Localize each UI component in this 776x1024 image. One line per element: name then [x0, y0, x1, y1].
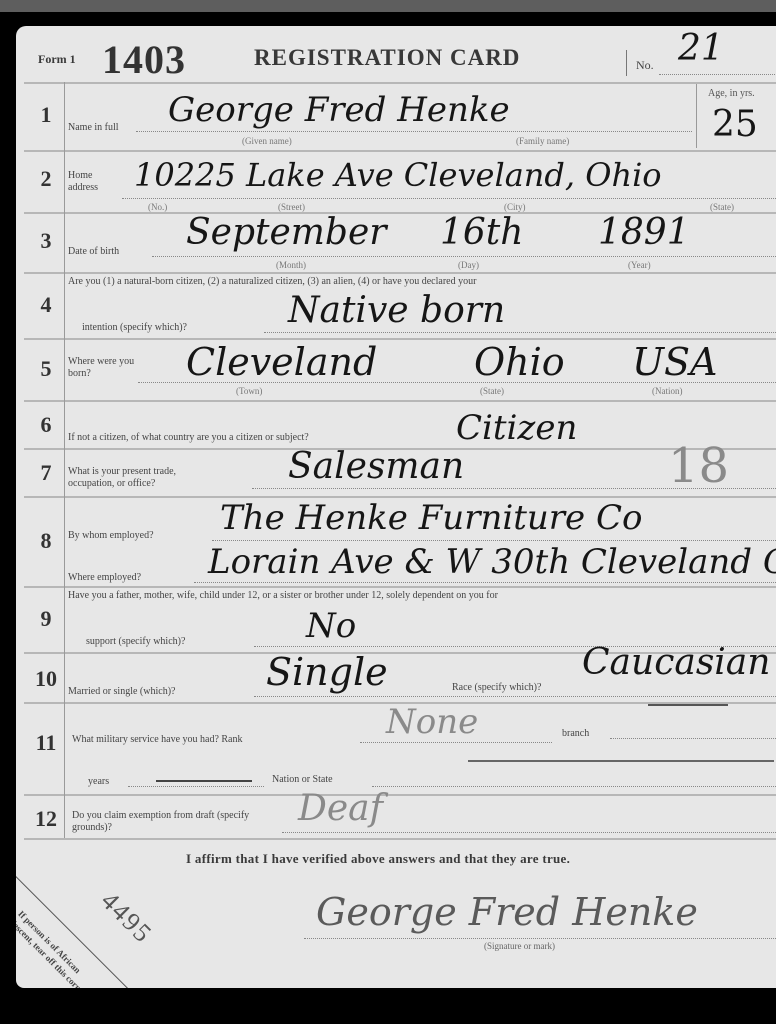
- fill-line: [372, 786, 776, 787]
- nation-label: Nation or State: [272, 774, 333, 786]
- handwritten-birth-day: 16th: [440, 212, 523, 253]
- divider: [24, 272, 776, 274]
- viewer-top-bar: [0, 0, 776, 12]
- signature: George Fred Henke: [316, 890, 698, 934]
- card-number-value: 21: [678, 28, 724, 69]
- row-number: 1: [32, 102, 60, 128]
- field-sublabel: (Day): [458, 260, 479, 270]
- fill-line: [360, 742, 552, 743]
- no-label: No.: [636, 58, 654, 73]
- handwritten-birth-state: Ohio: [474, 340, 565, 384]
- handwritten-exemption: Deaf: [298, 788, 383, 829]
- branch-label: branch: [562, 728, 589, 740]
- age-label: Age, in yrs.: [708, 88, 755, 99]
- fill-line: [152, 256, 776, 257]
- divider: [24, 150, 776, 152]
- handwritten-age: 25: [712, 104, 758, 145]
- handwritten-address: 10225 Lake Ave Cleveland, Ohio: [134, 156, 662, 194]
- divider: [24, 586, 776, 588]
- fill-line: [254, 696, 776, 697]
- row-number: 3: [32, 228, 60, 254]
- handwritten-marital-status: Single: [266, 650, 388, 694]
- field-label: Date of birth: [68, 246, 119, 258]
- field-sublabel: (Street): [278, 202, 305, 212]
- handwritten-occupation: Salesman: [288, 446, 464, 487]
- field-sublabel: (State): [710, 202, 734, 212]
- divider: [24, 82, 776, 84]
- fill-line: [194, 582, 776, 583]
- fill-line: [264, 332, 776, 333]
- field-sublabel: (Year): [628, 260, 651, 270]
- years-label: years: [88, 776, 109, 788]
- field-label: support (specify which)?: [86, 636, 185, 648]
- row-number: 4: [32, 292, 60, 318]
- field-sublabel: (City): [504, 202, 526, 212]
- handwritten-employment-location: Lorain Ave & W 30th Cleveland O: [208, 542, 776, 582]
- signature-sublabel: (Signature or mark): [484, 941, 555, 951]
- signature-line: [304, 938, 776, 939]
- field-label: Name in full: [68, 122, 119, 134]
- field-label: Married or single (which)?: [68, 686, 175, 698]
- fill-line: [122, 198, 776, 199]
- field-sublabel: (Nation): [652, 386, 683, 396]
- divider: [24, 794, 776, 796]
- handwritten-annotation: 18: [668, 438, 729, 494]
- registration-card: Form 1 1403 REGISTRATION CARD No. 21 1 N…: [16, 26, 776, 988]
- serial-number: 4495: [95, 886, 159, 950]
- form-label: Form 1: [38, 52, 76, 67]
- fill-line: [610, 738, 776, 739]
- row-number: 5: [32, 356, 60, 382]
- strike-line: [156, 780, 252, 782]
- field-label: Where were you born?: [68, 356, 158, 380]
- field-sublabel: (No.): [148, 202, 167, 212]
- number-column-divider: [64, 82, 65, 838]
- divider: [696, 84, 697, 148]
- field-sublabel: (Town): [236, 386, 262, 396]
- field-label: Do you claim exemption from draft (speci…: [72, 810, 272, 834]
- field-label: Are you (1) a natural-born citizen, (2) …: [68, 276, 476, 288]
- handwritten-birth-town: Cleveland: [186, 340, 377, 384]
- row-number: 7: [32, 460, 60, 486]
- fill-line: [136, 131, 692, 132]
- row-number: 12: [32, 806, 60, 832]
- field-label: intention (specify which)?: [82, 322, 187, 334]
- card-header: Form 1 1403 REGISTRATION CARD No. 21: [16, 26, 776, 86]
- field-label: Have you a father, mother, wife, child u…: [68, 590, 498, 602]
- no-line: [659, 74, 776, 75]
- handwritten-name: George Fred Henke: [168, 90, 510, 130]
- row-number: 8: [32, 528, 60, 554]
- field-sublabel: (Given name): [242, 136, 292, 146]
- handwritten-citizenship: Native born: [288, 290, 505, 331]
- field-label: By whom employed?: [68, 530, 154, 542]
- field-label: Home address: [68, 170, 118, 194]
- card-title: REGISTRATION CARD: [254, 45, 520, 71]
- form-number: 1403: [102, 36, 186, 83]
- strike-line: [648, 704, 728, 706]
- field-sublabel: (State): [480, 386, 504, 396]
- handwritten-employer: The Henke Furniture Co: [220, 498, 642, 538]
- strike-line: [468, 760, 774, 762]
- field-label: If not a citizen, of what country are yo…: [68, 432, 309, 444]
- divider: [626, 50, 627, 76]
- fill-line: [128, 786, 264, 787]
- handwritten-birth-nation: USA: [632, 340, 718, 384]
- field-sublabel: (Family name): [516, 136, 569, 146]
- field-label: Where employed?: [68, 572, 141, 584]
- fill-line: [212, 540, 776, 541]
- affirmation-text: I affirm that I have verified above answ…: [186, 851, 570, 867]
- row-number: 6: [32, 412, 60, 438]
- handwritten-dependents: No: [306, 606, 356, 646]
- handwritten-military-rank: None: [386, 702, 478, 742]
- fill-line: [282, 832, 776, 833]
- row-number: 11: [32, 730, 60, 756]
- divider: [24, 838, 776, 840]
- field-sublabel: (Month): [276, 260, 306, 270]
- handwritten-citizen: Citizen: [456, 408, 577, 448]
- handwritten-race: Caucasian: [582, 642, 770, 683]
- field-label: What military service have you had? Rank: [72, 734, 243, 746]
- handwritten-birth-month: September: [186, 212, 386, 253]
- row-number: 2: [32, 166, 60, 192]
- handwritten-birth-year: 1891: [598, 212, 690, 253]
- field-label: What is your present trade, occupation, …: [68, 466, 218, 490]
- row-number: 10: [32, 666, 60, 692]
- divider: [24, 400, 776, 402]
- race-label: Race (specify which)?: [452, 682, 541, 694]
- row-number: 9: [32, 606, 60, 632]
